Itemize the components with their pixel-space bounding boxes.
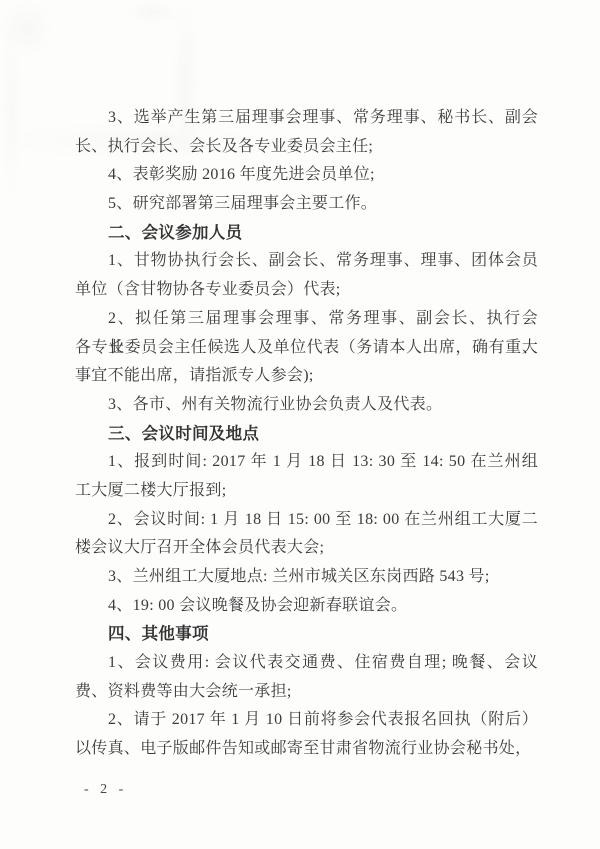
section-heading: 二、会议参加人员 — [75, 219, 538, 248]
text-line: 2、会议时间: 1 月 18 日 15: 00 至 18: 00 在兰州组工大厦… — [75, 506, 538, 535]
text-line: 1、甘物协执行会长、副会长、常务理事、理事、团体会员 — [75, 247, 538, 276]
text-line: 长、执行会长、会长及各专业委员会主任; — [75, 133, 538, 162]
text-line: 3、兰州组工大厦地点: 兰州市城关区东岗西路 543 号; — [75, 563, 538, 592]
text-line: 4、19: 00 会议晚餐及协会迎新春联谊会。 — [75, 592, 538, 621]
text-line: 2、请于 2017 年 1 月 10 日前将参会代表报名回执（附后） — [75, 706, 538, 735]
document-content: 3、选举产生第三届理事会理事、常务理事、秘书长、副会长、执行会长、会长及各专业委… — [75, 104, 538, 764]
page-number: - 2 - — [84, 782, 127, 798]
text-line: 1、会议费用: 会议代表交通费、住宿费自理; 晚餐、会议 — [75, 649, 538, 678]
text-line: 2、拟任第三届理事会理事、常务理事、副会长、执行会长、 — [75, 305, 538, 334]
document-page: 3、选举产生第三届理事会理事、常务理事、秘书长、副会长、执行会长、会长及各专业委… — [0, 0, 600, 849]
text-line: 1、报到时间: 2017 年 1 月 18 日 13: 30 至 14: 50 … — [75, 448, 538, 477]
text-line: 3、各市、州有关物流行业协会负责人及代表。 — [75, 391, 538, 420]
text-line: 各专业委员会主任候选人及单位代表（务请本人出席，确有重大 — [75, 334, 538, 363]
text-line: 4、表彰奖励 2016 年度先进会员单位; — [75, 161, 538, 190]
text-line: 楼会议大厅召开全体会员代表大会; — [75, 534, 538, 563]
text-line: 单位（含甘物协各专业委员会）代表; — [75, 276, 538, 305]
text-line: 5、研究部署第三届理事会主要工作。 — [75, 190, 538, 219]
text-line: 事宜不能出席，请指派专人参会); — [75, 362, 538, 391]
section-heading: 四、其他事项 — [75, 620, 538, 649]
text-line: 3、选举产生第三届理事会理事、常务理事、秘书长、副会 — [75, 104, 538, 133]
text-line: 工大厦二楼大厅报到; — [75, 477, 538, 506]
section-heading: 三、会议时间及地点 — [75, 420, 538, 449]
text-line: 以传真、电子版邮件告知或邮寄至甘肃省物流行业协会秘书处， — [75, 735, 538, 764]
text-line: 费、资料费等由大会统一承担; — [75, 678, 538, 707]
